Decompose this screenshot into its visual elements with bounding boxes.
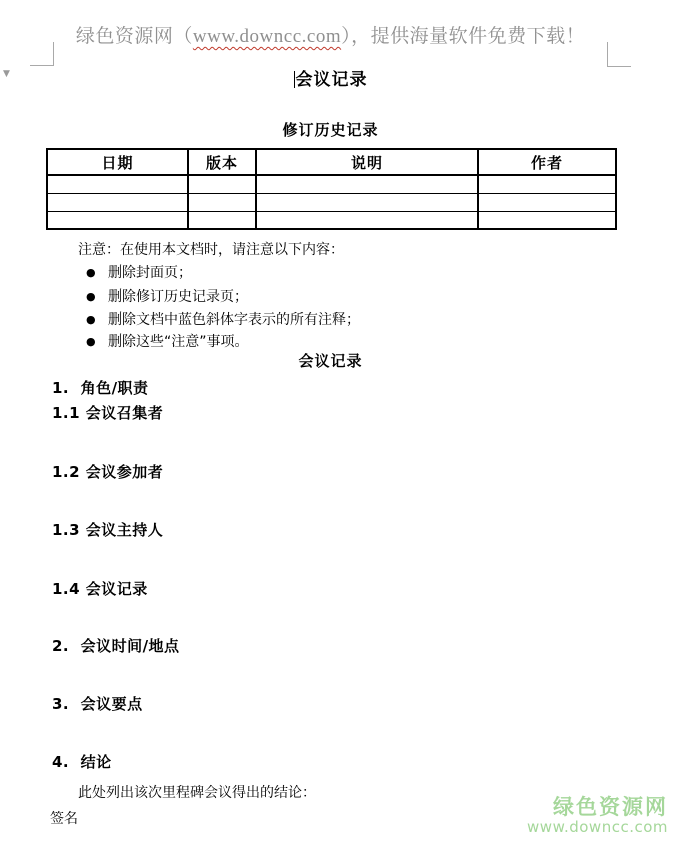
notice-item[interactable]: ●删除这些“注意”事项。 (86, 331, 249, 351)
section-heading-host[interactable]: 1.3 会议主持人 (52, 519, 163, 540)
column-header-date[interactable]: 日期 (47, 149, 188, 175)
column-header-description[interactable]: 说明 (256, 149, 478, 175)
margin-marker-icon: ▼ (3, 69, 10, 79)
section-heading-time-place[interactable]: 2. 会议时间/地点 (52, 635, 180, 656)
meeting-record-heading[interactable]: 会议记录 (46, 350, 615, 371)
notice-item[interactable]: ●删除文档中蓝色斜体字表示的所有注释； (86, 309, 360, 329)
section-heading-key-points[interactable]: 3. 会议要点 (52, 693, 143, 714)
table-row (47, 211, 616, 229)
section-heading-participants[interactable]: 1.2 会议参加者 (52, 461, 163, 482)
notice-item-text: 删除封面页； (108, 265, 192, 281)
document-page: 绿色资源网（www.downcc.com），提供海量软件免费下载！ ▼ 会议记录… (0, 0, 690, 847)
revision-history-title: 修订历史记录 (46, 119, 615, 140)
top-watermark-prefix: 绿色资源网（ (76, 26, 193, 47)
top-watermark: 绿色资源网（www.downcc.com），提供海量软件免费下载！ (46, 21, 615, 48)
section-heading-recorder[interactable]: 1.4 会议记录 (52, 578, 148, 599)
section-heading-convener[interactable]: 1.1 会议召集者 (52, 402, 163, 423)
notice-item-text: 删除这些“注意”事项。 (108, 334, 249, 350)
table-row (47, 175, 616, 193)
section-heading-roles[interactable]: 1. 角色/职责 (52, 377, 149, 398)
signature-label[interactable]: 签名 (50, 808, 78, 828)
page-corner-mark-top-right (607, 42, 631, 67)
table-cell[interactable] (478, 211, 616, 229)
column-header-version[interactable]: 版本 (188, 149, 256, 175)
table-cell[interactable] (256, 211, 478, 229)
table-cell[interactable] (47, 175, 188, 193)
document-title[interactable]: 会议记录 (46, 65, 615, 90)
notice-intro[interactable]: 注意：在使用本文档时，请注意以下内容： (78, 239, 344, 259)
table-cell[interactable] (256, 193, 478, 211)
bullet-icon: ● (86, 335, 108, 348)
table-cell[interactable] (478, 175, 616, 193)
revision-history-table: 日期 版本 说明 作者 (46, 148, 617, 230)
bullet-icon: ● (86, 266, 108, 279)
table-header-row: 日期 版本 说明 作者 (47, 149, 616, 175)
section-heading-conclusion[interactable]: 4. 结论 (52, 751, 112, 772)
bottom-watermark-url: www.downcc.com (527, 819, 668, 836)
bottom-watermark: 绿色资源网 www.downcc.com (527, 796, 668, 836)
notice-item[interactable]: ●删除封面页； (86, 262, 192, 282)
table-cell[interactable] (188, 175, 256, 193)
document-title-text: 会议记录 (296, 70, 368, 90)
notice-item-text: 删除文档中蓝色斜体字表示的所有注释； (108, 312, 360, 328)
bullet-icon: ● (86, 290, 108, 303)
bottom-watermark-site-name: 绿色资源网 (527, 796, 668, 819)
top-watermark-url: www.downcc.com (193, 26, 341, 47)
table-cell[interactable] (188, 193, 256, 211)
page-corner-mark-top-left (30, 42, 54, 66)
table-cell[interactable] (478, 193, 616, 211)
top-watermark-suffix: ），提供海量软件免费下载！ (341, 26, 585, 47)
notice-item[interactable]: ●删除修订历史记录页； (86, 286, 248, 306)
conclusion-note[interactable]: 此处列出该次里程碑会议得出的结论： (78, 782, 316, 802)
column-header-author[interactable]: 作者 (478, 149, 616, 175)
table-cell[interactable] (188, 211, 256, 229)
table-row (47, 193, 616, 211)
bullet-icon: ● (86, 313, 108, 326)
table-cell[interactable] (47, 193, 188, 211)
text-caret (294, 71, 295, 88)
notice-item-text: 删除修订历史记录页； (108, 289, 248, 305)
table-cell[interactable] (256, 175, 478, 193)
table-cell[interactable] (47, 211, 188, 229)
